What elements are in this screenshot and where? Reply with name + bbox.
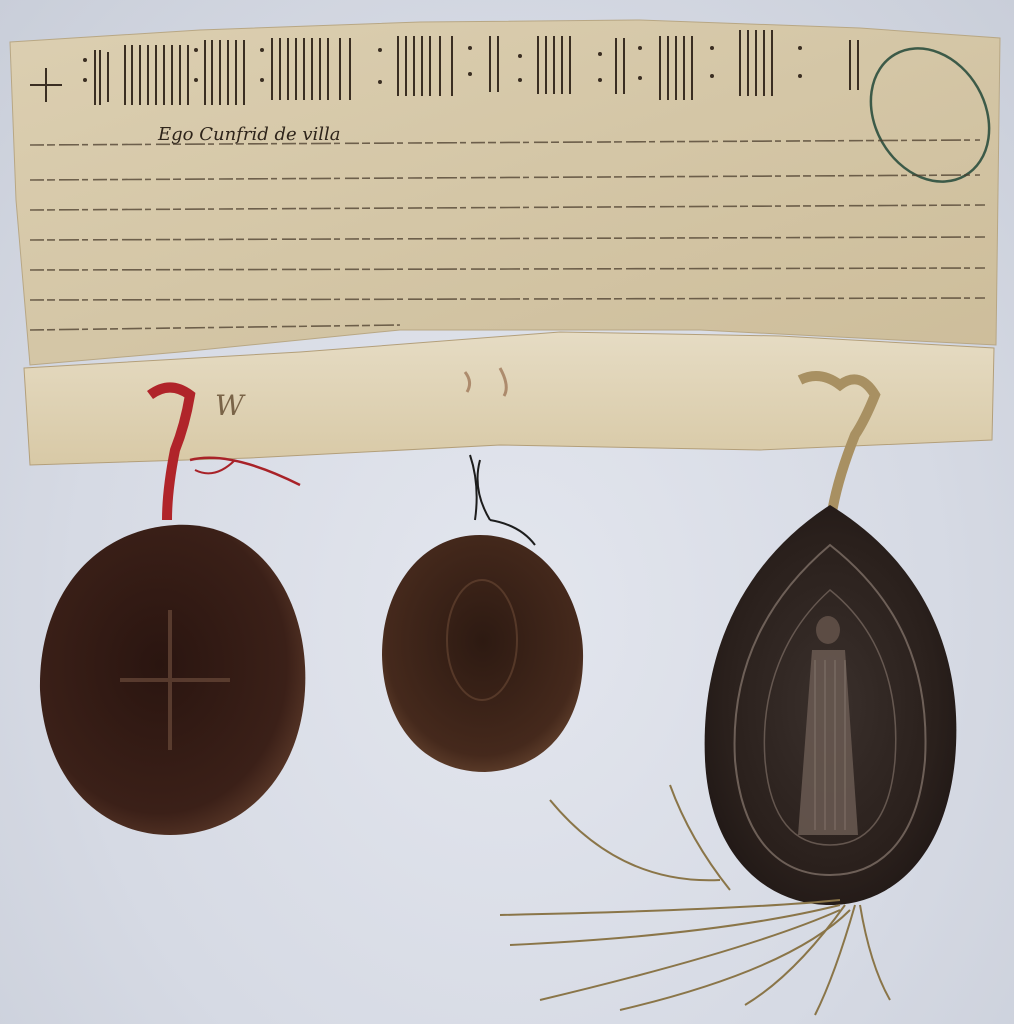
charter-photo: Ego Cunfrid de villa W bbox=[0, 0, 1014, 1024]
legible-phrase: Ego Cunfrid de villa bbox=[157, 124, 341, 145]
middle-wax-seal bbox=[382, 455, 583, 772]
parchment: Ego Cunfrid de villa bbox=[10, 20, 1013, 365]
fold-mark: W bbox=[215, 389, 246, 422]
